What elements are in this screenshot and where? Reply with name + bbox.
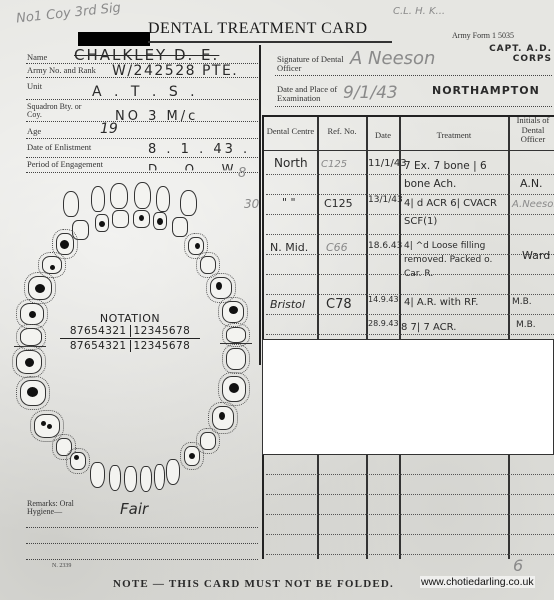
pencil-note-header: No1 Coy 3rd Sig <box>16 1 122 27</box>
dotted-rule <box>26 121 258 122</box>
tooth-icon <box>222 376 246 402</box>
header-rule <box>264 150 554 151</box>
tooth-icon <box>70 452 86 470</box>
dotted-rule <box>26 527 258 528</box>
cell-treatment: 7 Ex. 7 bone | 6 bone Ach. <box>404 157 508 193</box>
tooth-icon <box>226 327 246 343</box>
tooth-icon <box>212 406 234 430</box>
header-dental-centre: Dental Centre <box>264 127 317 137</box>
col-divider <box>508 117 510 559</box>
notation-upper-row: 87654321 12345678 <box>60 325 200 337</box>
tooth-icon <box>20 303 44 325</box>
tooth-icon <box>184 446 200 466</box>
dotted-rule <box>275 106 552 107</box>
tooth-icon <box>134 182 151 209</box>
header-date: Date <box>368 131 398 141</box>
dotted-rule <box>26 543 258 544</box>
stamp-corps: CAPT. A.D. CORPS <box>447 44 552 64</box>
remarks-label: Remarks: Oral Hygiene— <box>27 500 97 516</box>
field-value-exam-date: 9/1/43 <box>343 83 398 103</box>
form-code: N. 2339 <box>52 563 71 569</box>
tooth-icon <box>188 237 204 255</box>
cell-initials: A.N. <box>520 177 543 190</box>
cell-centre: Bristol <box>270 298 305 311</box>
cell-date: 28.9.43 <box>368 319 399 328</box>
cell-initials: A.Neeson <box>512 199 554 210</box>
row-rule <box>266 494 554 495</box>
cell-date: 11/1/43 <box>368 157 398 171</box>
dotted-rule <box>26 172 258 173</box>
notation-upper-left: 87654321 <box>67 325 130 337</box>
field-label-squadron: Squadron Bty. or Coy. <box>27 103 87 119</box>
notation-key: NOTATION 87654321 12345678 87654321 1234… <box>60 312 200 352</box>
row-rule <box>266 334 554 335</box>
field-value-enlistment: 8 . 1 . 43 . <box>148 142 250 157</box>
tooth-icon <box>133 210 150 228</box>
field-value-unit: A . T . S . <box>92 84 199 100</box>
dotted-rule <box>26 77 258 78</box>
pencil-mark-30: 30 <box>244 197 259 211</box>
cell-treatment: 4| d ACR 6| CVACR SCF(1) <box>404 195 508 231</box>
dotted-rule <box>26 99 258 100</box>
watermark-link[interactable]: www.chotiedarling.co.uk <box>420 576 535 588</box>
dental-card-scan: No1 Coy 3rd Sig C.L. H. K... DENTAL TREA… <box>0 0 554 600</box>
tooth-icon <box>56 438 72 456</box>
tooth-icon <box>222 301 244 323</box>
tooth-icon <box>200 256 216 274</box>
cell-ref: C125 <box>321 159 347 170</box>
tooth-icon <box>109 465 121 491</box>
tooth-icon <box>34 414 60 438</box>
dotted-rule <box>275 75 552 76</box>
field-label-age: Age <box>27 127 41 136</box>
midline-right <box>220 343 252 344</box>
cell-date: 13/1/43 <box>368 195 398 205</box>
field-label-unit: Unit <box>27 82 42 91</box>
treatment-table: Dental Centre Ref. No. Date Treatment In… <box>262 115 554 559</box>
cell-treatment: 4| A.R. with RF. <box>404 297 478 308</box>
tooth-icon <box>172 217 188 237</box>
tooth-icon <box>110 183 128 209</box>
tooth-icon <box>210 277 232 299</box>
tooth-icon <box>72 220 89 240</box>
card-title: DENTAL TREATMENT CARD <box>148 20 368 38</box>
signature-dental-officer: A Neeson <box>350 48 435 69</box>
tooth-icon <box>156 186 170 212</box>
col-divider <box>399 117 401 559</box>
pencil-note-top-right: C.L. H. K... <box>393 6 445 17</box>
tooth-icon <box>154 464 165 490</box>
notation-lower-row: 87654321 12345678 <box>60 340 200 352</box>
field-label-name: Name <box>27 53 47 62</box>
tooth-icon <box>226 348 246 370</box>
header-ref-no: Ref. No. <box>319 127 365 137</box>
notation-title: NOTATION <box>60 312 200 325</box>
footer-note: NOTE — THIS CARD MUST NOT BE FOLDED. <box>113 578 394 590</box>
tooth-icon <box>16 350 42 374</box>
field-value-name: CHALKLEY D. E. <box>74 46 219 64</box>
cell-treatment: 8 7| 7 ACR. <box>401 322 456 333</box>
redaction-bar <box>78 32 150 46</box>
row-rule <box>266 514 554 515</box>
cell-date: 14.9.43 <box>368 295 399 304</box>
form-number: Army Form 1 5035 <box>452 31 514 40</box>
tooth-icon <box>95 214 109 232</box>
cell-centre: N. Mid. <box>270 241 308 254</box>
tooth-icon <box>200 432 216 450</box>
notation-upper-right: 12345678 <box>130 325 194 337</box>
notation-divider <box>60 338 200 339</box>
row-rule <box>266 474 554 475</box>
tooth-icon <box>56 233 74 255</box>
header-treatment: Treatment <box>401 131 507 141</box>
row-rule <box>266 534 554 535</box>
header-initials: Initials of Dental Officer <box>510 116 554 145</box>
dotted-rule <box>26 157 258 158</box>
stamp-place: NORTHAMPTON <box>432 84 540 97</box>
field-value-age: 19 <box>100 121 118 137</box>
col-divider <box>366 117 368 559</box>
dotted-rule <box>26 559 258 560</box>
tooth-icon <box>63 191 79 217</box>
cell-initials: M.B. <box>516 320 536 330</box>
cell-centre: North <box>274 156 308 170</box>
tooth-icon <box>140 466 152 492</box>
tooth-icon <box>20 380 46 406</box>
tooth-icon <box>124 466 137 492</box>
tooth-icon <box>91 186 105 212</box>
redacted-white-box <box>262 339 554 455</box>
column-divider <box>259 45 261 365</box>
tooth-icon <box>180 190 197 216</box>
cell-initials: Ward <box>522 249 550 262</box>
field-label-signature: Signature of Dental Officer <box>277 55 349 73</box>
cell-ref: C125 <box>324 197 353 210</box>
col-divider <box>317 117 319 559</box>
cell-ref: C78 <box>326 297 352 312</box>
notation-lower-right: 12345678 <box>130 340 194 352</box>
notation-lower-left: 87654321 <box>67 340 130 352</box>
row-rule <box>266 554 554 555</box>
tooth-icon <box>42 256 62 274</box>
row-rule <box>266 294 554 295</box>
cell-date: 18.6.43 <box>368 241 402 251</box>
dotted-rule <box>26 138 258 139</box>
row-rule <box>266 314 554 315</box>
tooth-icon <box>112 210 129 228</box>
field-label-exam-date-place: Date and Place of Examination <box>277 85 349 103</box>
cell-treatment: 4| ^d Loose filling removed. Packed o. C… <box>404 239 508 281</box>
field-label-army-no: Army No. and Rank <box>27 66 96 75</box>
midline-left <box>14 346 46 347</box>
cell-centre: " " <box>282 196 296 209</box>
field-label-enlistment: Date of Enlistment <box>27 143 91 152</box>
tooth-icon <box>28 276 52 300</box>
oral-hygiene-value: Fair <box>120 500 148 518</box>
tooth-icon <box>90 462 105 488</box>
tooth-icon <box>166 459 180 485</box>
title-underline <box>148 41 392 43</box>
tooth-icon <box>153 212 167 230</box>
tooth-icon <box>20 328 42 346</box>
field-label-engagement: Period of Engagement <box>27 160 103 169</box>
pencil-mark-8: 8 <box>238 166 246 181</box>
cell-initials: M.B. <box>512 297 532 307</box>
cell-ref: C66 <box>326 241 348 254</box>
row-rule <box>266 234 554 235</box>
